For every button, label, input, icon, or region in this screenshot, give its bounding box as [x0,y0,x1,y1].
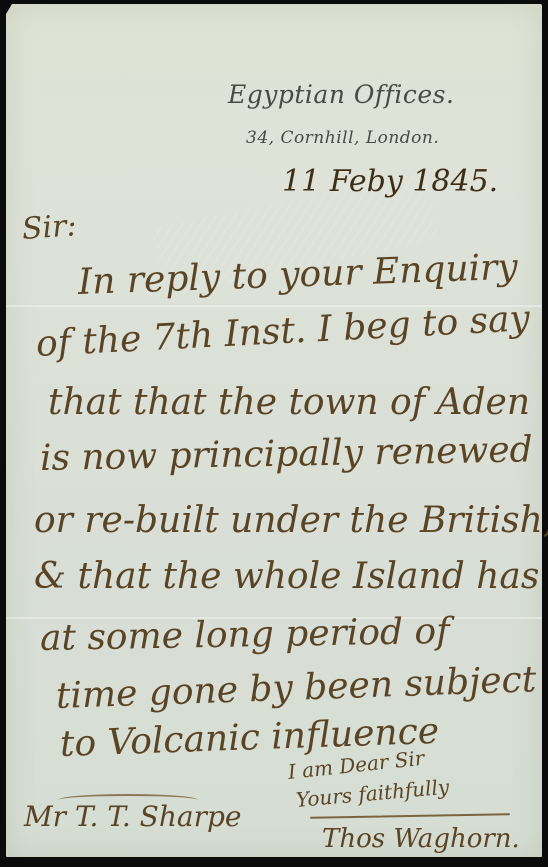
signature: Thos Waghorn. [322,824,520,854]
body-line: that that the town of Aden [48,382,530,423]
body-line: or re-built under the British, [34,500,548,541]
body-line: & that the whole Island has [34,556,539,597]
addressee: Mr T. T. Sharpe [24,800,241,833]
letterhead-office: Egyptian Offices. [228,80,454,109]
body-line: at some long period of [40,611,450,659]
letterhead-address: 34, Cornhill, London. [246,128,439,148]
body-line: is now principally renewed [40,429,533,479]
salutation: Sir: [21,208,78,247]
letter-date: 11 Feby 1845. [282,164,498,199]
